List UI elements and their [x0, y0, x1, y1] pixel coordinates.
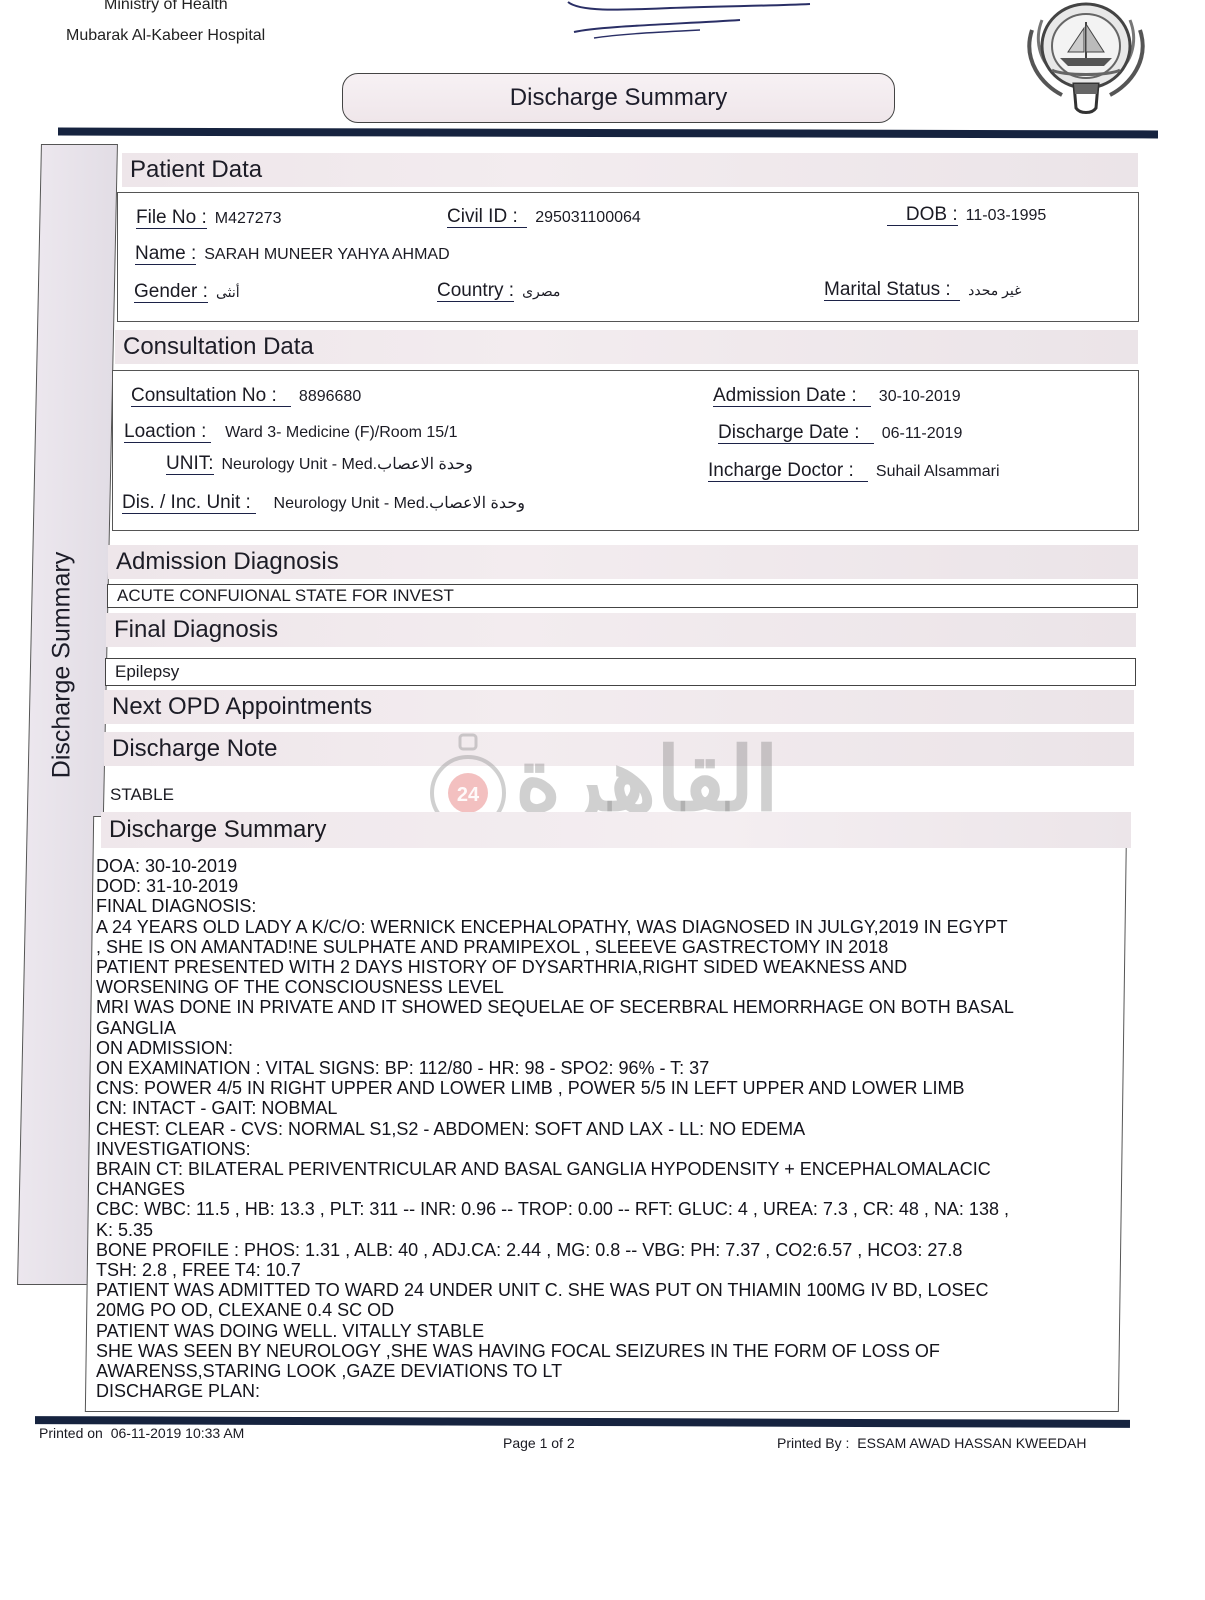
hospital-name: Mubarak Al-Kabeer Hospital: [66, 27, 265, 45]
file-no-value: M427273: [215, 210, 282, 227]
printed-on-value: 06-11-2019 10:33 AM: [111, 1425, 245, 1441]
summary-line: PATIENT WAS ADMITTED TO WARD 24 UNDER UN…: [96, 1280, 1096, 1300]
location-field: Loaction : Ward 3- Medicine (F)/Room 15/…: [124, 422, 458, 443]
printed-on-label: Printed on: [39, 1425, 103, 1441]
discharge-summary-header: Discharge Summary: [101, 812, 1131, 848]
admission-diagnosis-text: ACUTE CONFUIONAL STATE FOR INVEST: [117, 586, 454, 606]
summary-line: TSH: 2.8 , FREE T4: 10.7: [96, 1260, 1096, 1280]
gender-label: Gender :: [134, 282, 208, 303]
file-no-label: File No :: [136, 208, 207, 229]
summary-line: MRI WAS DONE IN PRIVATE AND IT SHOWED SE…: [96, 997, 1096, 1017]
country-value: مصرى: [522, 283, 560, 299]
admission-date-value: 30-10-2019: [879, 388, 961, 405]
summary-line: DISCHARGE PLAN:: [96, 1381, 1096, 1401]
summary-line: AWARENSS,STARING LOOK ,GAZE DEVIATIONS T…: [96, 1361, 1096, 1381]
page-number: Page 1 of 2: [503, 1435, 575, 1451]
summary-line: ON EXAMINATION : VITAL SIGNS: BP: 112/80…: [96, 1058, 1096, 1078]
civil-id-value: 295031100064: [535, 209, 641, 226]
dob-value: 11-03-1995: [966, 207, 1047, 224]
unit-value: Neurology Unit - Med.وحدة الاعصاب: [222, 456, 473, 473]
name-field: Name :SARAH MUNEER YAHYA AHMAD: [135, 244, 450, 265]
dis-inc-unit-field: Dis. / Inc. Unit : Neurology Unit - Med.…: [122, 493, 525, 514]
consultation-data-title: Consultation Data: [123, 333, 314, 361]
consultation-data-header: Consultation Data: [115, 330, 1138, 364]
location-value: Ward 3- Medicine (F)/Room 15/1: [225, 424, 457, 441]
summary-line: INVESTIGATIONS:: [96, 1139, 1096, 1159]
discharge-summary-text: DOA: 30-10-2019DOD: 31-10-2019FINAL DIAG…: [96, 856, 1096, 1401]
summary-line: CHEST: CLEAR - CVS: NORMAL S1,S2 - ABDOM…: [96, 1119, 1096, 1139]
printed-by: Printed By : ESSAM AWAD HASSAN KWEEDAH: [777, 1435, 1087, 1451]
name-value: SARAH MUNEER YAHYA AHMAD: [204, 246, 449, 263]
unit-field: UNIT:Neurology Unit - Med.وحدة الاعصاب: [166, 454, 473, 475]
marital-status-label: Marital Status :: [824, 280, 960, 301]
final-diagnosis-header: Final Diagnosis: [106, 613, 1136, 647]
summary-line: DOA: 30-10-2019: [96, 856, 1096, 876]
dis-inc-unit-label: Dis. / Inc. Unit :: [122, 493, 256, 514]
summary-line: CHANGES: [96, 1179, 1096, 1199]
summary-line: CN: INTACT - GAIT: NOBMAL: [96, 1098, 1096, 1118]
admission-date-field: Admission Date : 30-10-2019: [713, 386, 961, 407]
svg-text:24: 24: [457, 784, 480, 806]
admission-diagnosis-value: ACUTE CONFUIONAL STATE FOR INVEST: [107, 584, 1138, 608]
summary-line: DOD: 31-10-2019: [96, 876, 1096, 896]
next-opd-header: Next OPD Appointments: [104, 690, 1134, 724]
summary-line: 20MG PO OD, CLEXANE 0.4 SC OD: [96, 1300, 1096, 1320]
printed-on: Printed on 06-11-2019 10:33 AM: [39, 1425, 244, 1441]
summary-line: PATIENT WAS DOING WELL. VITALLY STABLE: [96, 1321, 1096, 1341]
summary-line: BRAIN CT: BILATERAL PERIVENTRICULAR AND …: [96, 1159, 1096, 1179]
summary-line: K: 5.35: [96, 1220, 1096, 1240]
civil-id-label: Civil ID :: [447, 207, 527, 228]
summary-line: BONE PROFILE : PHOS: 1.31 , ALB: 40 , AD…: [96, 1240, 1096, 1260]
discharge-date-value: 06-11-2019: [882, 425, 963, 442]
patient-data-title: Patient Data: [130, 156, 262, 184]
admission-date-label: Admission Date :: [713, 386, 871, 407]
incharge-doctor-label: Incharge Doctor :: [708, 461, 868, 482]
admission-diagnosis-title: Admission Diagnosis: [116, 548, 339, 576]
printed-by-label: Printed By :: [777, 1435, 849, 1451]
admission-diagnosis-header: Admission Diagnosis: [108, 545, 1138, 579]
header-divider: [58, 128, 1158, 139]
summary-line: WORSENING OF THE CONSCIOUSNESS LEVEL: [96, 977, 1096, 997]
summary-line: A 24 YEARS OLD LADY A K/C/O: WERNICK ENC…: [96, 917, 1096, 937]
summary-line: FINAL DIAGNOSIS:: [96, 896, 1096, 916]
file-no-field: File No :M427273: [136, 208, 281, 229]
dis-inc-unit-value: Neurology Unit - Med.وحدة الاعصاب: [274, 495, 525, 512]
discharge-date-field: Discharge Date : 06-11-2019: [718, 423, 962, 444]
printed-by-value: ESSAM AWAD HASSAN KWEEDAH: [857, 1435, 1086, 1451]
kuwait-emblem-icon: [1012, 0, 1160, 118]
ministry-name: Ministry of Health: [104, 0, 228, 14]
country-field: Country :مصرى: [437, 281, 560, 302]
summary-line: CBC: WBC: 11.5 , HB: 13.3 , PLT: 311 -- …: [96, 1199, 1096, 1219]
discharge-summary-title: Discharge Summary: [109, 816, 326, 844]
summary-line: CNS: POWER 4/5 IN RIGHT UPPER AND LOWER …: [96, 1078, 1096, 1098]
summary-line: PATIENT PRESENTED WITH 2 DAYS HISTORY OF…: [96, 957, 1096, 977]
civil-id-field: Civil ID : 295031100064: [447, 207, 641, 228]
final-diagnosis-value: Epilepsy: [105, 658, 1136, 686]
consultation-no-label: Consultation No :: [131, 386, 291, 407]
patient-data-header: Patient Data: [122, 153, 1138, 187]
summary-line: SHE WAS SEEN BY NEUROLOGY ,SHE WAS HAVIN…: [96, 1341, 1096, 1361]
country-label: Country :: [437, 281, 514, 302]
signature-mark: [560, 0, 830, 45]
side-tab-label: Discharge Summary: [48, 552, 77, 778]
discharge-note-value: STABLE: [110, 785, 174, 805]
document-title-text: Discharge Summary: [510, 84, 727, 112]
incharge-doctor-value: Suhail Alsammari: [876, 463, 1000, 480]
final-diagnosis-title: Final Diagnosis: [114, 616, 278, 644]
gender-field: Gender :أنثى: [134, 282, 240, 303]
dob-field: DOB :11-03-1995: [887, 205, 1046, 226]
final-diagnosis-text: Epilepsy: [115, 662, 179, 682]
consultation-no-value: 8896680: [299, 388, 361, 405]
discharge-note-title: Discharge Note: [112, 735, 277, 763]
summary-line: ON ADMISSION:: [96, 1038, 1096, 1058]
unit-label: UNIT:: [166, 454, 214, 475]
next-opd-title: Next OPD Appointments: [112, 693, 372, 721]
discharge-date-label: Discharge Date :: [718, 423, 874, 444]
dob-label: DOB :: [887, 205, 958, 226]
gender-value: أنثى: [216, 284, 240, 300]
location-label: Loaction :: [124, 422, 211, 443]
document-title: Discharge Summary: [342, 73, 895, 123]
summary-line: , SHE IS ON AMANTAD!NE SULPHATE AND PRAM…: [96, 937, 1096, 957]
marital-status-field: Marital Status : غير محدد: [824, 280, 1021, 301]
consultation-no-field: Consultation No : 8896680: [131, 386, 361, 407]
incharge-doctor-field: Incharge Doctor : Suhail Alsammari: [708, 461, 1000, 482]
marital-status-value: غير محدد: [968, 282, 1021, 298]
name-label: Name :: [135, 244, 196, 265]
summary-line: GANGLIA: [96, 1018, 1096, 1038]
